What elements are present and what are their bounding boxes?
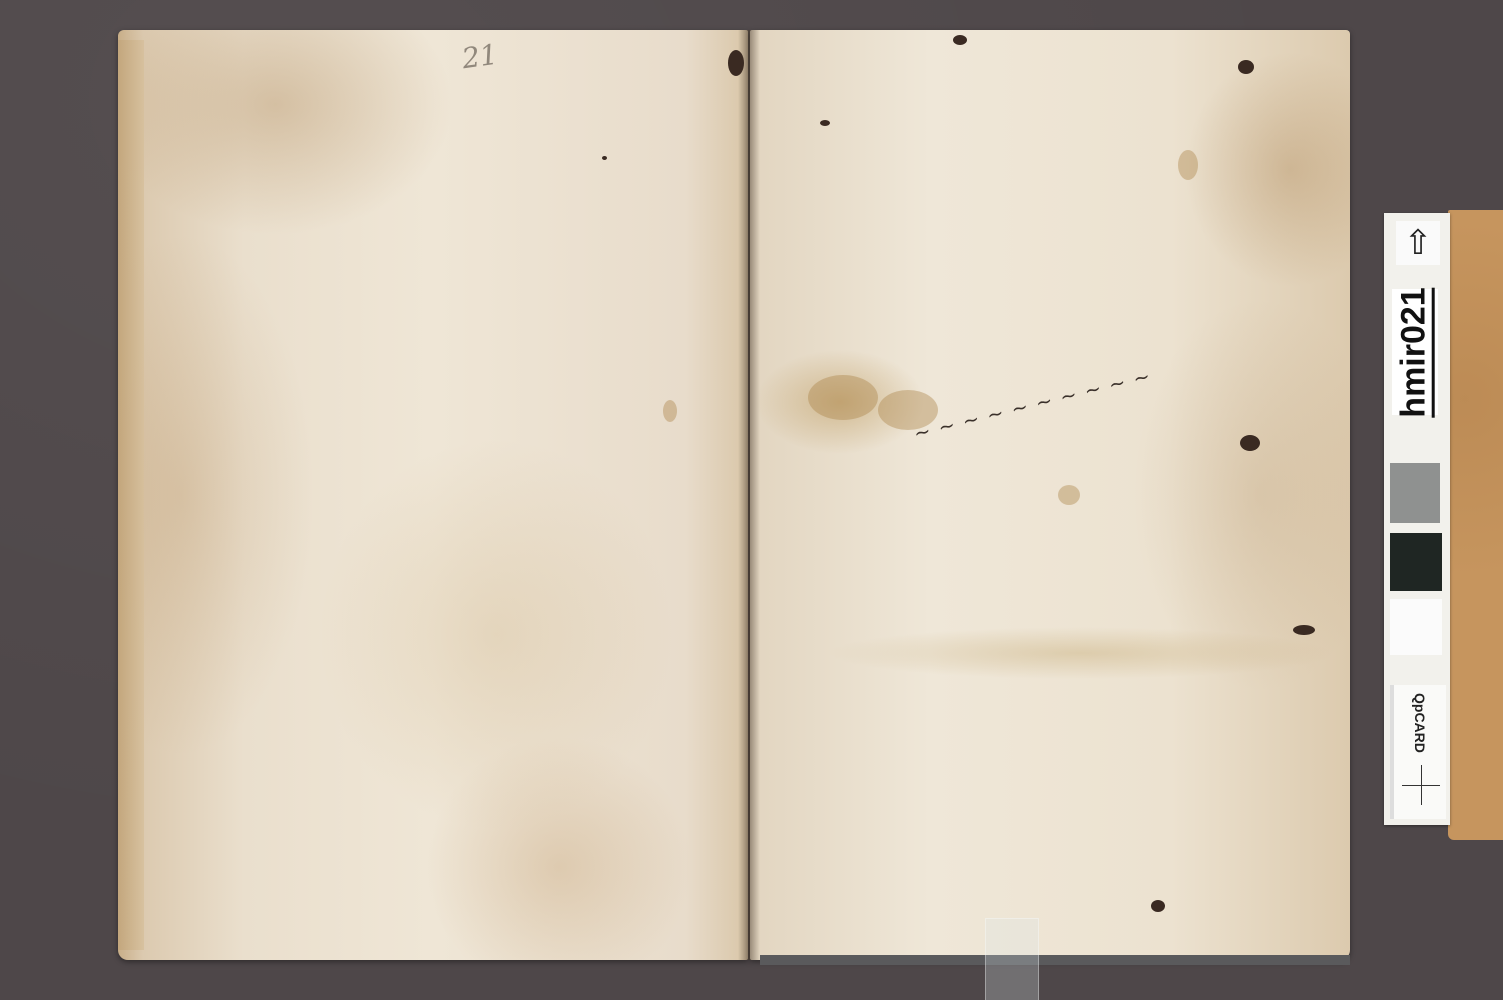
- manuscript-spread: [118, 30, 1350, 960]
- grey-patch: [1390, 463, 1440, 523]
- shelfmark-label: hmir021: [1392, 289, 1438, 415]
- worm-hole: [1238, 60, 1254, 74]
- brand-label: QpCARD: [1412, 693, 1428, 753]
- binding-gutter: [738, 30, 760, 960]
- water-stain: [808, 375, 878, 420]
- worm-hole: [1240, 435, 1260, 451]
- crosshair-icon: [1421, 765, 1422, 805]
- white-patch: [1390, 599, 1442, 655]
- water-stain: [1058, 485, 1080, 505]
- worm-hole: [602, 156, 607, 160]
- scale-ruler: QpCARD: [1390, 685, 1446, 819]
- water-stain: [1178, 150, 1198, 180]
- page-edge: [118, 40, 144, 950]
- worm-hole: [820, 120, 830, 126]
- worm-hole: [1151, 900, 1165, 912]
- left-page: [118, 30, 748, 960]
- color-target-card: ⇧ hmir021 QpCARD: [1384, 213, 1450, 825]
- shelfmark-text: hmir021: [1396, 287, 1435, 417]
- cardboard-support: [1448, 210, 1503, 840]
- water-stain: [663, 400, 677, 422]
- black-patch: [1390, 533, 1442, 591]
- up-arrow-icon: ⇧: [1396, 221, 1440, 265]
- worm-hole: [1293, 625, 1315, 635]
- cover-board-edge: [760, 955, 1350, 965]
- worm-hole: [953, 35, 967, 45]
- pencil-folio-number: 21: [460, 38, 500, 76]
- right-page: [750, 30, 1350, 960]
- worm-hole: [728, 50, 744, 76]
- acrylic-clip: [985, 918, 1039, 1000]
